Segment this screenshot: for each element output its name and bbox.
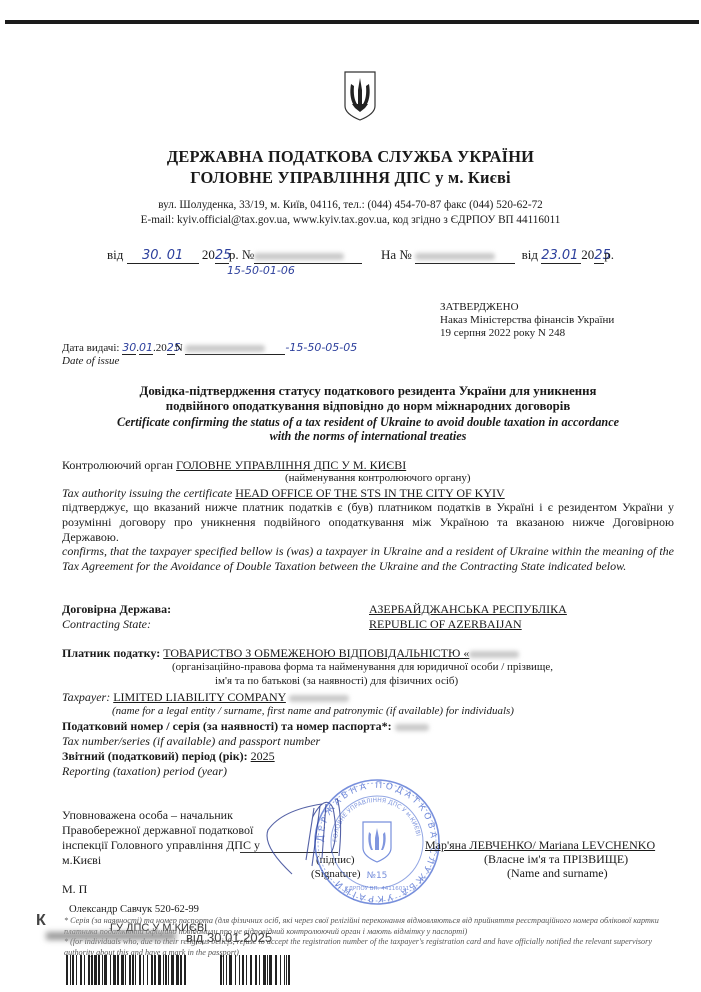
barcode-icon [66,955,291,985]
redacted-tax-number [395,724,429,731]
org-name-line2: ГОЛОВНЕ УПРАВЛІННЯ ДПС у м. Києві [0,168,701,188]
to-year-field: 25 [594,248,604,264]
period-row: Звітний (податковий) період (рік): 2025 [62,749,275,764]
period-label-en: Reporting (taxation) period (year) [62,764,227,779]
address-line2: E-mail: kyiv.official@tax.gov.ua, www.ky… [0,214,701,226]
confirmation-text-ua: підтверджує, що вказаний нижче платник п… [62,500,674,545]
authority-row-en: Tax authority issuing the certificate HE… [62,486,505,501]
to-label: На № [381,247,412,262]
document-mark-letter: К [36,912,46,930]
redacted-to-number [415,253,495,260]
redacted-taxpayer-name [469,651,519,658]
signatory-name: Мар'яна ЛЕВЧЕНКО/ Mariana LEVCHENKO [425,838,655,853]
contracting-state-value-ua: АЗЕРБАЙДЖАНСЬКА РЕСПУБЛІКА [369,602,567,617]
contracting-state-label-en: Contracting State: [62,617,151,632]
ref-number-handwritten: 15-50-01-06 [227,264,295,277]
taxpayer-caption-en: (name for a legal entity / surname, firs… [112,705,514,717]
reference-from: від 30. 01 2025р. № [107,247,362,264]
executor-contact: Олександр Савчук 520-62-99 [69,904,199,915]
issue-date-row: Дата видачі: 30.01.2025N -15-50-05-05 [62,341,357,355]
confirmation-text-en: confirms, that the taxpayer specified be… [62,544,674,574]
authority-value-ua: ГОЛОВНЕ УПРАВЛІННЯ ДПС У М. КИЄВІ [176,458,406,472]
name-caption-ua: (Власне ім'я та ПРІЗВИЩЕ) [484,852,628,867]
redacted-registration-number [46,932,176,940]
approval-block: ЗАТВЕРДЖЕНО Наказ Міністерства фінансів … [440,301,614,340]
taxpayer-caption-ua-2: ім'я та по батькові (за наявності) для ф… [215,675,458,687]
signatory-position: Уповноважена особа – начальник Правобере… [62,808,260,868]
taxpayer-row-en: Taxpayer: LIMITED LIABILITY COMPANY [62,690,349,705]
ref-date-field: 30. 01 [127,247,199,264]
scan-top-border [5,20,699,24]
contracting-state-label-ua: Договірна Держава: [62,602,171,617]
issue-date-label-en: Date of issue [62,355,119,367]
to-number-field [415,247,515,264]
name-caption-en: (Name and surname) [507,866,608,881]
redacted-number [254,253,344,260]
period-value: 2025 [251,749,275,763]
address-line1: вул. Шолуденка, 33/19, м. Київ, 04116, т… [0,199,701,211]
issue-number-handwritten: -15-50-05-05 [285,341,357,354]
to-date-field: 23.01 [541,248,581,264]
ref-year-field: 25 [215,248,229,264]
org-name-line1: ДЕРЖАВНА ПОДАТКОВА СЛУЖБА УКРАЇНИ [0,147,701,167]
seal-label: М. П [62,882,87,897]
certificate-title-en: Certificate confirming the status of a t… [62,415,674,443]
redacted-issue-number [185,345,265,352]
contracting-state-value-en: REPUBLIC OF AZERBAIJAN [369,617,522,632]
authority-row-ua: Контролюючий орган ГОЛОВНЕ УПРАВЛІННЯ ДП… [62,458,406,473]
reference-to: На № від 23.012025р. [381,247,614,264]
overlay-date-stamp: від 30.01.2025 [186,930,272,945]
issue-number-field [185,342,285,355]
taxpayer-value-en: LIMITED LIABILITY COMPANY [113,690,286,704]
authority-value-en: HEAD OFFICE OF THE STS IN THE CITY OF KY… [235,486,504,500]
taxpayer-row-ua: Платник податку: ТОВАРИСТВО З ОБМЕЖЕНОЮ … [62,646,519,661]
tax-number-row: Податковий номер / серія (за наявності) … [62,719,429,734]
coat-of-arms-icon [343,70,377,122]
svg-text:ЄДРПОУ ВП: 44116011: ЄДРПОУ ВП: 44116011 [345,886,410,892]
tax-number-label-en: Tax number/series (if available) and pas… [62,734,320,749]
ref-number-field [254,247,362,264]
svg-text:№15: №15 [367,871,388,881]
taxpayer-caption-ua-1: (організаційно-правова форма та найменув… [172,661,553,673]
signature-scribble-icon [262,800,342,880]
certificate-title-ua: Довідка-підтвердження статусу податковог… [62,384,674,414]
authority-caption-ua: (найменування контролюючого органу) [285,472,471,484]
redacted-taxpayer-name-en [289,695,349,702]
from-label: від [107,247,123,262]
taxpayer-value-ua: ТОВАРИСТВО З ОБМЕЖЕНОЮ ВІДПОВІДАЛЬНІСТЮ … [163,646,469,660]
